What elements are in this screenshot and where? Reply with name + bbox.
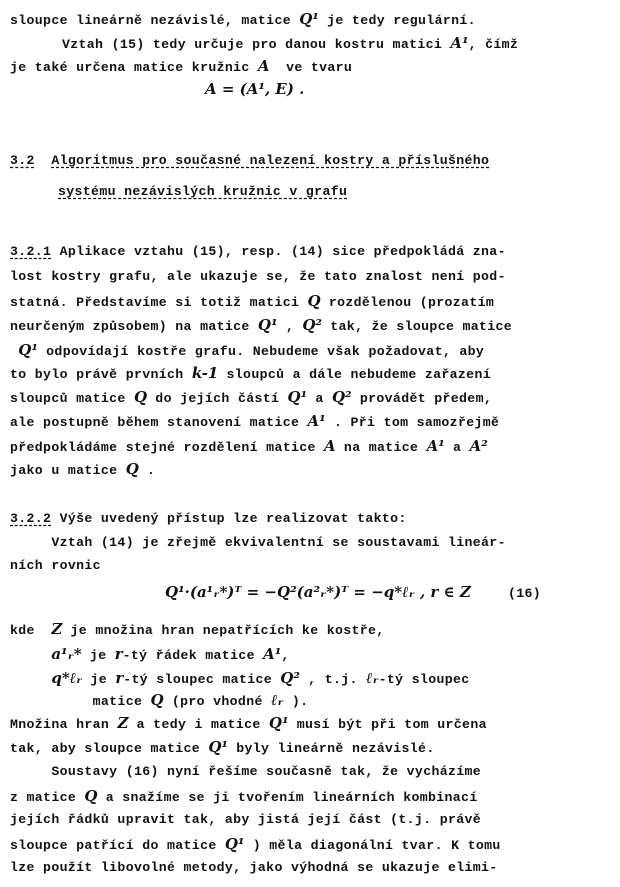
text: sloupce patřící do matice xyxy=(10,838,225,853)
math-symbol: Q² xyxy=(332,388,352,406)
text: je xyxy=(82,648,115,663)
text: . xyxy=(139,463,156,478)
text-line: Vztah (15) tedy určuje pro danou kostru … xyxy=(62,34,518,54)
text: , t.j. xyxy=(300,672,366,687)
text xyxy=(10,672,51,687)
text: , čímž xyxy=(469,37,519,52)
math-symbol: Z xyxy=(51,620,62,638)
section-heading-line2: systému nezávislých kružnic v grafu xyxy=(58,183,347,201)
text: a xyxy=(307,391,332,406)
math-symbol: a¹ᵣ* xyxy=(51,645,81,663)
math-symbol: Q² xyxy=(302,316,322,334)
text-line: 3.2.1 Aplikace vztahu (15), resp. (14) s… xyxy=(10,243,506,261)
subsection-number: 3.2.2 xyxy=(10,511,51,526)
text-line: jako u matice Q . xyxy=(10,460,155,480)
section-number: 3.2 xyxy=(10,153,35,168)
text-line: Soustavy (16) nyní řešíme současně tak, … xyxy=(10,763,481,781)
text: sloupců a dále nebudeme zařazení xyxy=(218,367,491,382)
subsection-number: 3.2.1 xyxy=(10,244,51,259)
section-title: Algoritmus pro současné nalezení kostry … xyxy=(51,153,489,168)
math-symbol: Q² xyxy=(280,669,300,687)
text: odpovídají kostře grafu. Nebudeme však p… xyxy=(38,344,484,359)
text: jejích řádků upravit tak, aby jistá její… xyxy=(10,812,481,827)
math-symbol: Q xyxy=(126,460,139,478)
text-line: q*ℓᵣ je r-tý sloupec matice Q² , t.j. ℓᵣ… xyxy=(10,669,470,689)
math-symbol: q*ℓᵣ xyxy=(51,669,82,687)
text-line: a¹ᵣ* je r-tý řádek matice A¹, xyxy=(10,645,290,665)
text: a xyxy=(445,440,470,455)
text: tak, že sloupce matice xyxy=(322,319,512,334)
text: lost kostry grafu, ale ukazuje se, že ta… xyxy=(10,269,506,284)
text-line: je také určena matice kružnic A ve tvaru xyxy=(10,57,352,77)
math-symbol: Q¹ xyxy=(288,388,308,406)
text-line: sloupce lineárně nezávislé, matice Q¹ je… xyxy=(10,10,476,30)
text: je také určena matice kružnic xyxy=(10,60,258,75)
text: , xyxy=(281,648,289,663)
math-symbol: ℓᵣ xyxy=(366,669,379,687)
text: rozdělenou (prozatím xyxy=(321,295,495,310)
text: sloupců matice xyxy=(10,391,134,406)
text-line: neurčeným způsobem) na matice Q¹ , Q² ta… xyxy=(10,316,512,336)
text-line: lost kostry grafu, ale ukazuje se, že ta… xyxy=(10,268,506,286)
text-line: z matice Q a snažíme se ji tvořením line… xyxy=(10,787,478,807)
math-symbol: Q xyxy=(134,388,147,406)
text-line: 3.2.2 Výše uvedený přístup lze realizova… xyxy=(10,510,407,528)
text: neurčeným způsobem) na matice xyxy=(10,319,258,334)
math-symbol: A¹ xyxy=(427,437,445,455)
math-symbol: Q¹ xyxy=(258,316,278,334)
text-line: tak, aby sloupce matice Q¹ byly lineárně… xyxy=(10,738,435,758)
text-line: Q¹ odpovídají kostře grafu. Nebudeme vša… xyxy=(10,341,484,361)
text: , xyxy=(278,319,303,334)
text: Výše uvedený přístup lze realizovat takt… xyxy=(51,511,406,526)
text: z matice xyxy=(10,790,84,805)
text: ). xyxy=(284,694,309,709)
text: je tedy regulární. xyxy=(319,13,476,28)
text: -tý sloupec xyxy=(379,672,470,687)
math-symbol: k-1 xyxy=(192,364,218,382)
text-line: jejích řádků upravit tak, aby jistá její… xyxy=(10,811,481,829)
text: Aplikace vztahu (15), resp. (14) sice př… xyxy=(51,244,506,259)
text-line: to bylo právě prvních k-1 sloupců a dále… xyxy=(10,364,491,384)
section-title: systému nezávislých kružnic v grafu xyxy=(58,184,347,199)
text: Vztah (15) tedy určuje pro danou kostru … xyxy=(62,37,450,52)
math-symbol: r xyxy=(115,645,123,663)
text: tak, aby sloupce matice xyxy=(10,741,208,756)
text: Soustavy (16) nyní řešíme současně tak, … xyxy=(10,764,481,779)
text-line: Množina hran Z a tedy i matice Q¹ musí b… xyxy=(10,714,487,734)
text: ale postupně během stanovení matice xyxy=(10,415,308,430)
text: musí být při tom určena xyxy=(289,717,487,732)
equation-number: (16) xyxy=(508,585,541,603)
text-line: matice Q (pro vhodné ℓᵣ ). xyxy=(10,691,308,711)
text: ) měla diagonální tvar. K tomu xyxy=(245,838,501,853)
math-symbol: A¹ xyxy=(263,645,281,663)
text xyxy=(10,648,51,663)
text: předpokládáme stejné rozdělení matice xyxy=(10,440,324,455)
text: jako u matice xyxy=(10,463,126,478)
text: ních rovnic xyxy=(10,558,101,573)
text: provádět předem, xyxy=(352,391,492,406)
text: je množina hran nepatřících ke kostře, xyxy=(62,623,384,638)
text: kde xyxy=(10,623,51,638)
text: lze použít libovolné metody, jako výhodn… xyxy=(10,860,498,875)
text: statná. Představíme si totiž matici xyxy=(10,295,308,310)
text: -tý řádek matice xyxy=(123,648,263,663)
text: je xyxy=(82,672,115,687)
text: ve tvaru xyxy=(270,60,353,75)
text: sloupce lineárně nezávislé, matice xyxy=(10,13,299,28)
math-symbol: Q¹ xyxy=(225,835,245,853)
math-symbol: Q¹ xyxy=(18,341,38,359)
text: to bylo právě prvních xyxy=(10,367,192,382)
section-heading: 3.2 Algoritmus pro současné nalezení kos… xyxy=(10,152,489,170)
text: a snažíme se ji tvořením lineárních komb… xyxy=(97,790,477,805)
math-symbol: A¹ xyxy=(450,34,468,52)
text-line: statná. Představíme si totiž matici Q ro… xyxy=(10,292,494,312)
text-line: ních rovnic xyxy=(10,557,101,575)
math-symbol: Q xyxy=(84,787,97,805)
math-symbol: Q xyxy=(150,691,163,709)
math-symbol: A xyxy=(324,437,336,455)
text: (pro vhodné xyxy=(164,694,271,709)
math-symbol: ℓᵣ xyxy=(271,691,284,709)
math-symbol: Q¹ xyxy=(208,738,228,756)
text: a tedy i matice xyxy=(128,717,268,732)
text: do jejích částí xyxy=(147,391,287,406)
text: Množina hran xyxy=(10,717,117,732)
text: . Při tom samozřejmě xyxy=(326,415,500,430)
math-symbol: A² xyxy=(470,437,488,455)
text: Vztah (14) je zřejmě ekvivalentní se sou… xyxy=(10,535,506,550)
math-symbol: Z xyxy=(117,714,128,732)
math-symbol: A¹ xyxy=(308,412,326,430)
math-symbol: Q¹ xyxy=(269,714,289,732)
text-line: předpokládáme stejné rozdělení matice A … xyxy=(10,437,488,457)
text-line: lze použít libovolné metody, jako výhodn… xyxy=(10,859,498,877)
text: matice xyxy=(10,694,150,709)
math-symbol: Q xyxy=(308,292,321,310)
text: -tý sloupec matice xyxy=(123,672,280,687)
equation-16: Q¹·(a¹ᵣ*)ᵀ = −Q²(a²ᵣ*)ᵀ = −q*ℓᵣ , r ∈ Z xyxy=(165,583,471,601)
text-line: kde Z je množina hran nepatřících ke kos… xyxy=(10,620,385,640)
text-line: sloupce patřící do matice Q¹ ) měla diag… xyxy=(10,835,501,855)
math-symbol: Q¹ xyxy=(299,10,319,28)
text: na matice xyxy=(336,440,427,455)
equation-A: A = (A¹, E) . xyxy=(205,80,304,98)
text: byly lineárně nezávislé. xyxy=(228,741,435,756)
math-symbol: A xyxy=(258,57,270,75)
text-line: ale postupně během stanovení matice A¹ .… xyxy=(10,412,499,432)
text-line: sloupců matice Q do jejích částí Q¹ a Q²… xyxy=(10,388,492,408)
text-line: Vztah (14) je zřejmě ekvivalentní se sou… xyxy=(10,534,506,552)
